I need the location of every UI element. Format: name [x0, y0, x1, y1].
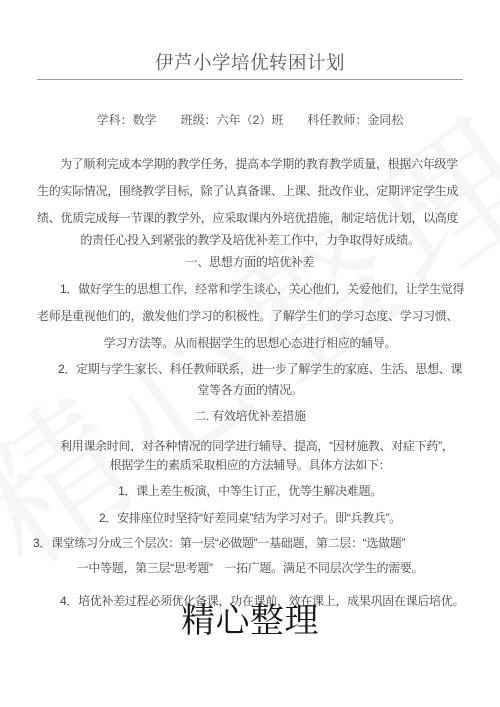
text-line: 根据学生的素质采取相应的方法辅导。具体方法如下：	[0, 457, 500, 473]
text-line: 绩、优质完成每一节课的教学外，应采取课内外培优措施，制定培优计划，以高度	[37, 210, 458, 226]
stamp-text: 精心整理	[0, 602, 500, 640]
text-line: 堂等各方面的情况。	[0, 382, 500, 398]
document-body: 为了顺利完成本学期的教学任务，提高本学期的教育教学质量，根据六年级学生的实际情况…	[0, 0, 500, 707]
text-line: 学习方法等。从而根据学生的思想心态进行相应的辅导。	[0, 335, 500, 351]
text-line: 为了顺利完成本学期的教学任务，提高本学期的教育教学质量，根据六年级学	[60, 156, 458, 172]
text-line: 生的实际情况，围绕教学目标，除了认真备课、上课、批改作业、定期评定学生成	[37, 183, 458, 199]
text-line: 一、思想方面的培优补差	[0, 254, 500, 270]
text-line: 2．安排座位时坚持“好差同桌”结为学习对子。即“兵教兵”。	[0, 510, 500, 526]
text-line: 二. 有效培优补差措施	[0, 408, 500, 424]
text-line: 1．做好学生的思想工作，经常和学生谈心，关心他们，关爱他们，让学生觉得	[60, 281, 464, 297]
text-line: 2．定期与学生家长、科任教师联系，进一步了解学生的家庭、生活、思想、课	[58, 361, 462, 377]
document-page: 精心整理 伊芦小学培优转困计划 学科：数学 班级：六年（2）班 科任教师：金同松…	[0, 0, 500, 707]
text-line: 利用课余时间，对各种情况的同学进行辅导、提高，“因材施教、对症下药”，	[60, 438, 454, 454]
text-line: 1．课上差生板演，中等生订正，优等生解决难题。	[0, 483, 500, 499]
text-line: 3．课堂练习分成三个层次：第一层“必做题”一基础题，第二层：“选做题”	[33, 535, 405, 551]
text-line: 的责任心投入到紧张的教学及培优补差工作中，力争取得好成绩。	[0, 232, 500, 248]
text-line: 老师是重视他们的，激发他们学习的积极性。了解学生们的学习态度、学习习惯、	[37, 308, 458, 324]
text-line: 一中等题，第三层“思考题” 一拓广题。满足不同层次学生的需要。	[0, 560, 500, 576]
